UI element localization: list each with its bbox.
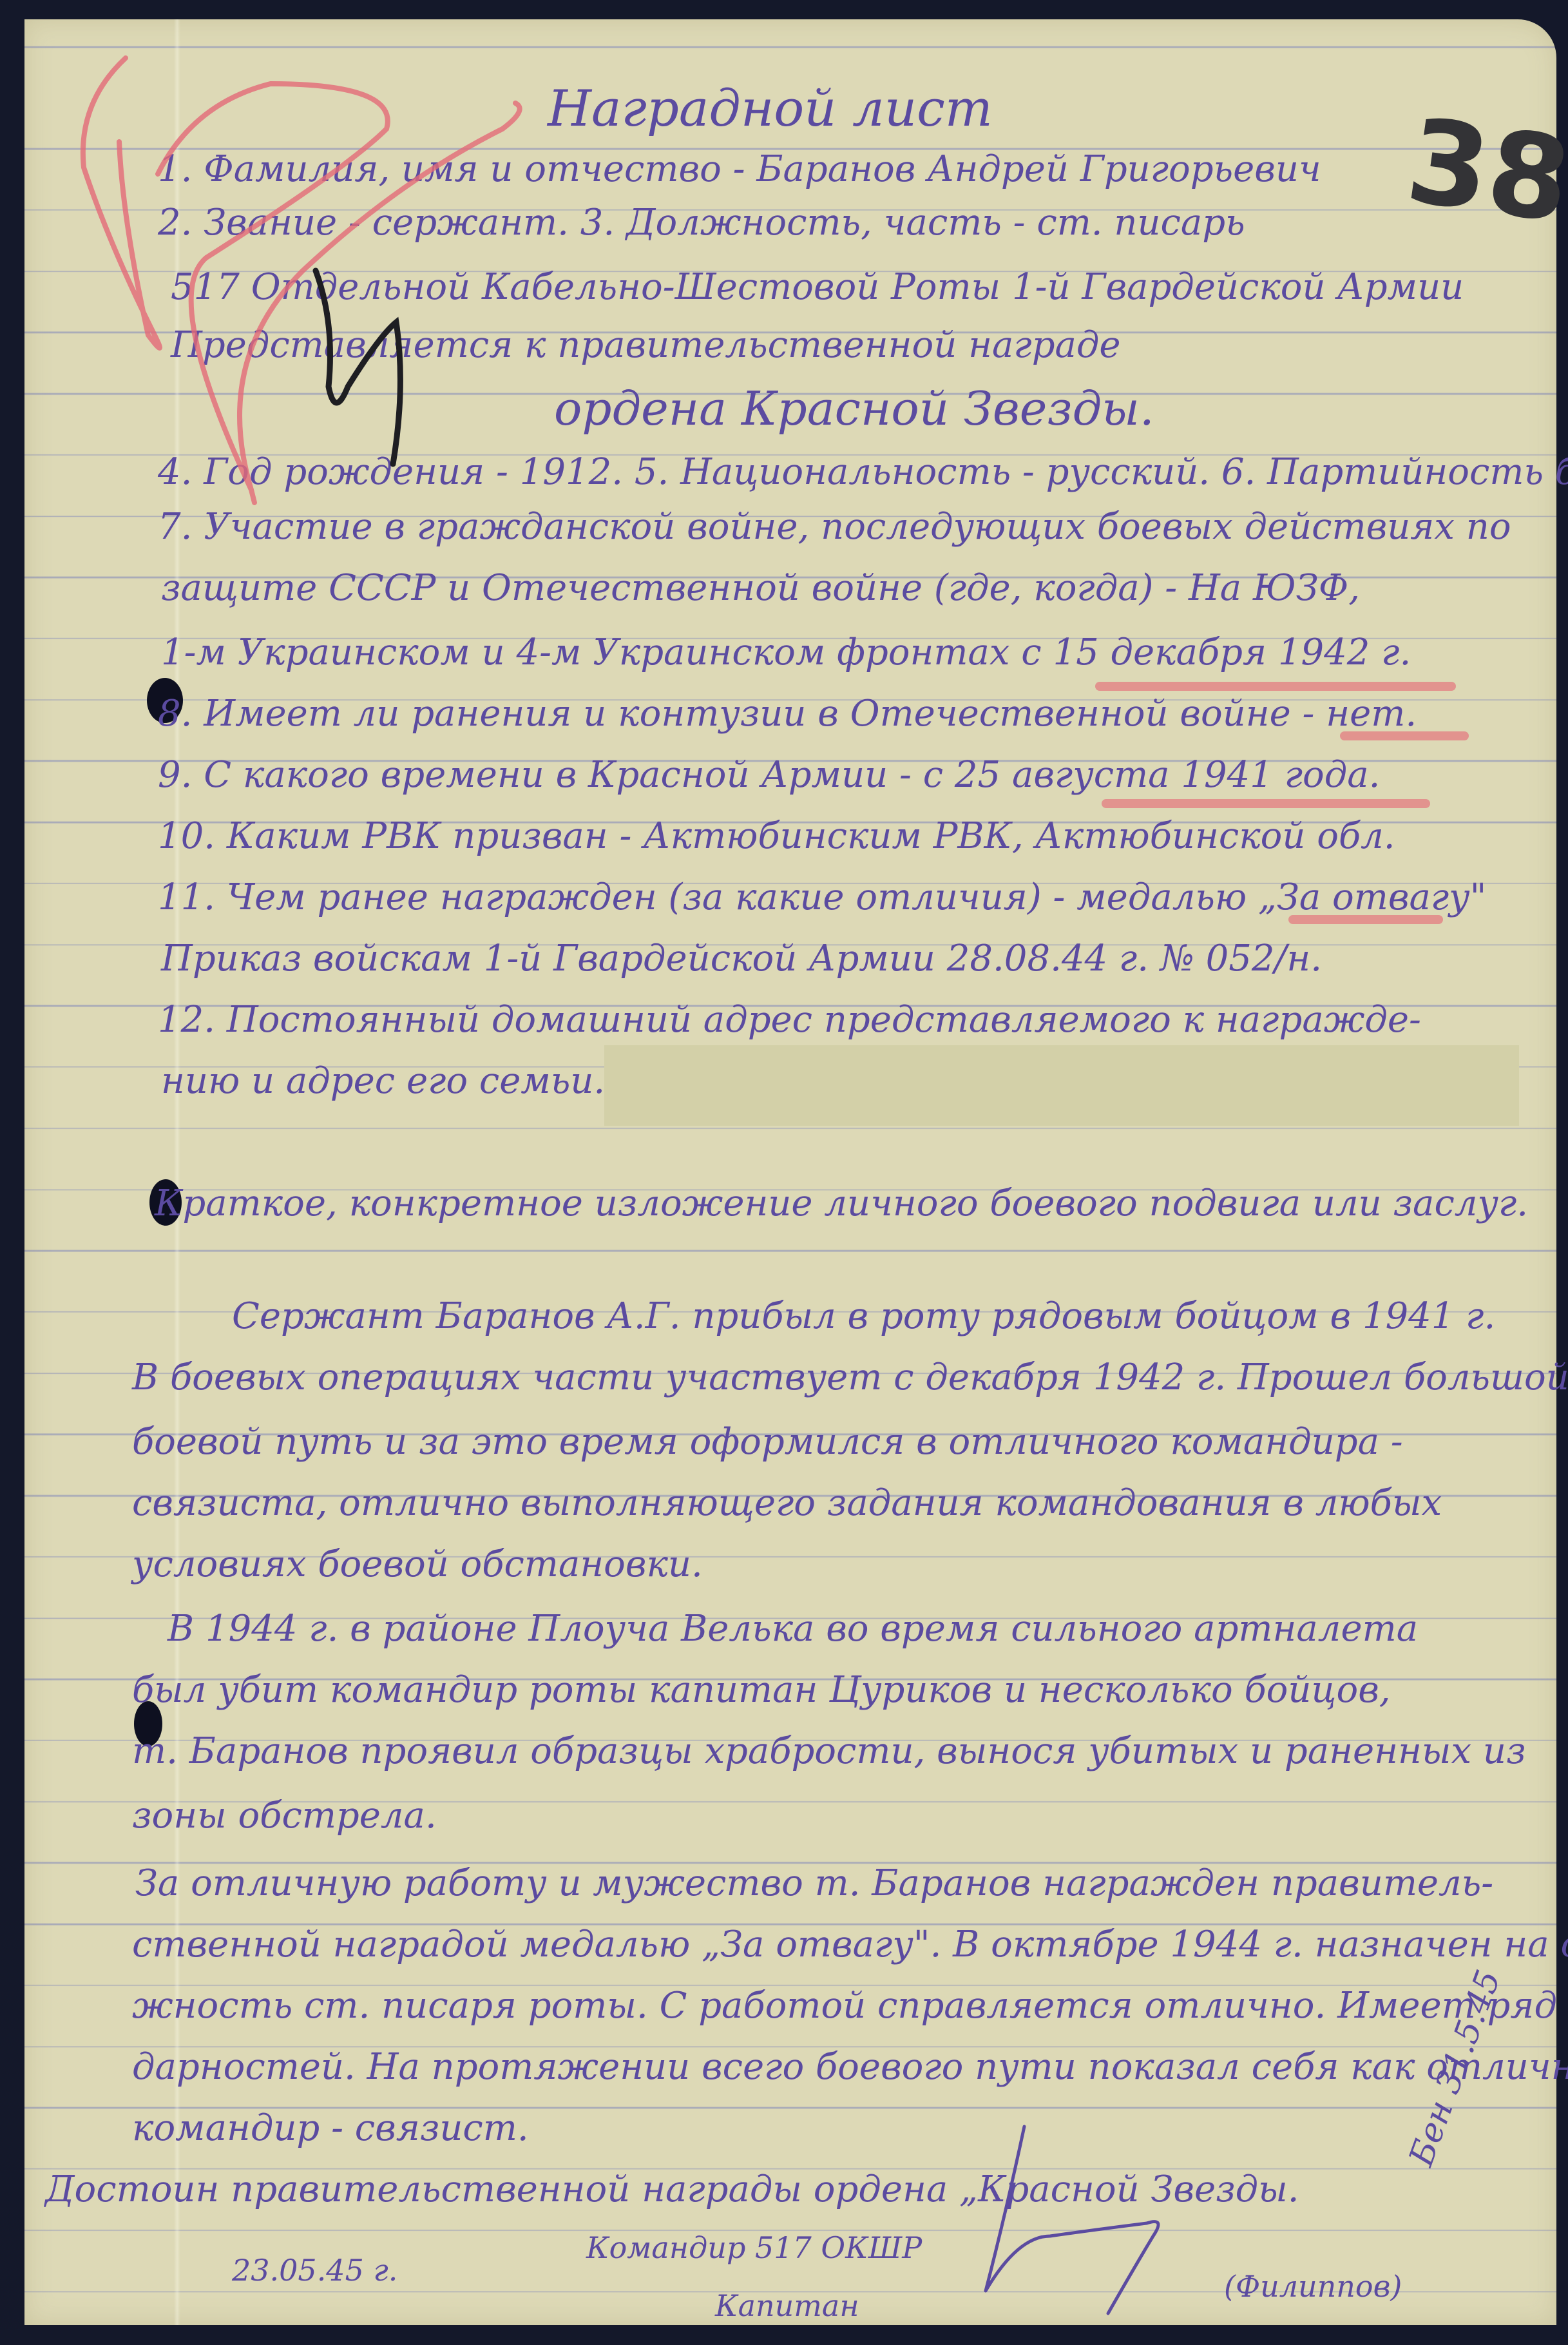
pencil-marks-overlay [0,0,1568,2345]
black-pencil-initial-mark [316,271,400,464]
red-pencil-resolution-mark [83,58,520,503]
commander-signature [986,2127,1158,2313]
